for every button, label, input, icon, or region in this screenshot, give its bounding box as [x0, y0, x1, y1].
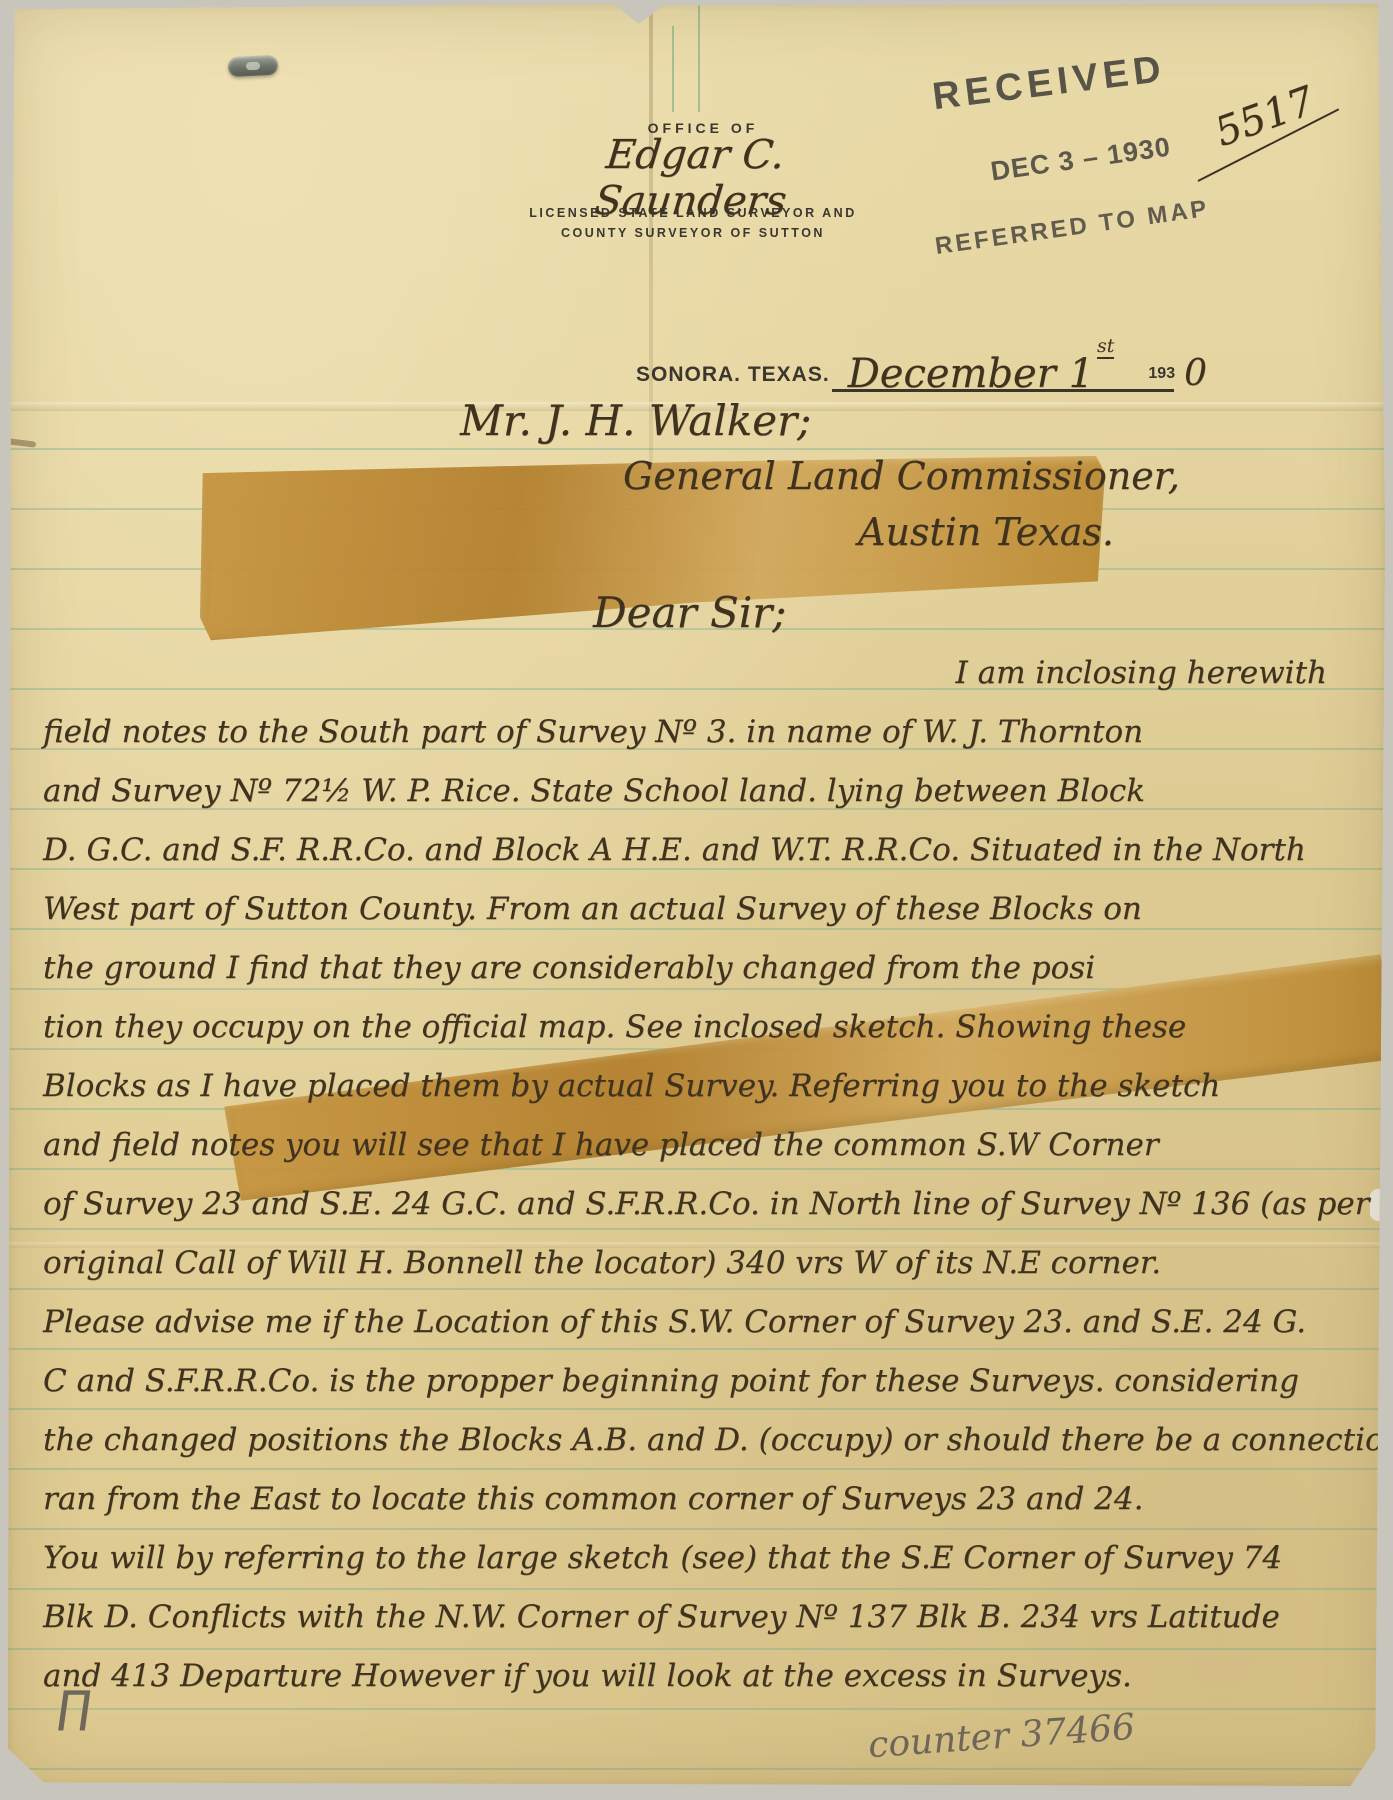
body-line: West part of Sutton County. From an actu… [43, 868, 1385, 927]
body-line: and 413 Departure However if you will lo… [43, 1635, 1385, 1694]
letterhead-subtitle-1: LICENSED STATE LAND SURVEYOR AND [503, 206, 883, 220]
body-line: and Survey Nº 72½ W. P. Rice. State Scho… [43, 750, 1385, 809]
letter-body: I am inclosing herewith field notes to t… [43, 632, 1385, 1694]
dateline-place: SONORA. TEXAS. [636, 363, 830, 392]
dateline: SONORA. TEXAS. December 1 st 193 0 [636, 334, 1174, 392]
date-stamp: DEC 3 – 1930 [989, 132, 1173, 188]
edge-tear [8, 438, 37, 447]
date-ordinal: st [1097, 335, 1114, 359]
dateline-rule: December 1 st 193 0 [832, 331, 1174, 392]
year-handwritten-digit: 0 [1184, 353, 1207, 394]
handwritten-date: December 1 [848, 351, 1094, 397]
recipient-city: Austin Texas. [858, 510, 1114, 554]
received-stamp: RECEIVED [930, 48, 1168, 119]
recipient-name: Mr. J. H. Walker; [460, 396, 811, 445]
body-line: field notes to the South part of Survey … [43, 691, 1385, 750]
scan-background: { "letterhead": { "office_of": "OFFICE O… [0, 0, 1393, 1800]
salutation: Dear Sir; [593, 588, 786, 637]
letterhead-subtitle-2: COUNTY SURVEYOR OF SUTTON [503, 226, 883, 240]
body-line: D. G.C. and S.F. R.R.Co. and Block A H.E… [43, 809, 1385, 868]
body-line: Blk D. Conflicts with the N.W. Corner of… [43, 1576, 1385, 1635]
body-line: C and S.F.R.R.Co. is the propper beginni… [43, 1340, 1385, 1399]
ledger-vertical-line [672, 26, 674, 112]
ledger-vertical-line [698, 4, 700, 112]
body-line: tion they occupy on the official map. Se… [43, 986, 1385, 1045]
body-lines: field notes to the South part of Survey … [43, 691, 1385, 1694]
body-line: of Survey 23 and S.E. 24 G.C. and S.F.R.… [43, 1163, 1385, 1222]
body-line: the ground I find that they are consider… [43, 927, 1385, 986]
paper-fastener [228, 55, 279, 78]
year-printed: 193 [1148, 365, 1175, 389]
referred-to-map-stamp: REFERRED TO MAP [933, 195, 1211, 261]
body-line: and field notes you will see that I have… [43, 1104, 1385, 1163]
letter-paper: OFFICE OF Edgar C. Saunders LICENSED STA… [8, 4, 1385, 1786]
body-line: ran from the East to locate this common … [43, 1458, 1385, 1517]
body-line: original Call of Will H. Bonnell the loc… [43, 1222, 1385, 1281]
body-line: the changed positions the Blocks A.B. an… [43, 1399, 1385, 1458]
body-line: You will by referring to the large sketc… [43, 1517, 1385, 1576]
body-line: Please advise me if the Location of this… [43, 1281, 1385, 1340]
body-opening: I am inclosing herewith [43, 632, 1385, 691]
body-line: Blocks as I have placed them by actual S… [43, 1045, 1385, 1104]
recipient-title: General Land Commissioner, [623, 454, 1180, 498]
